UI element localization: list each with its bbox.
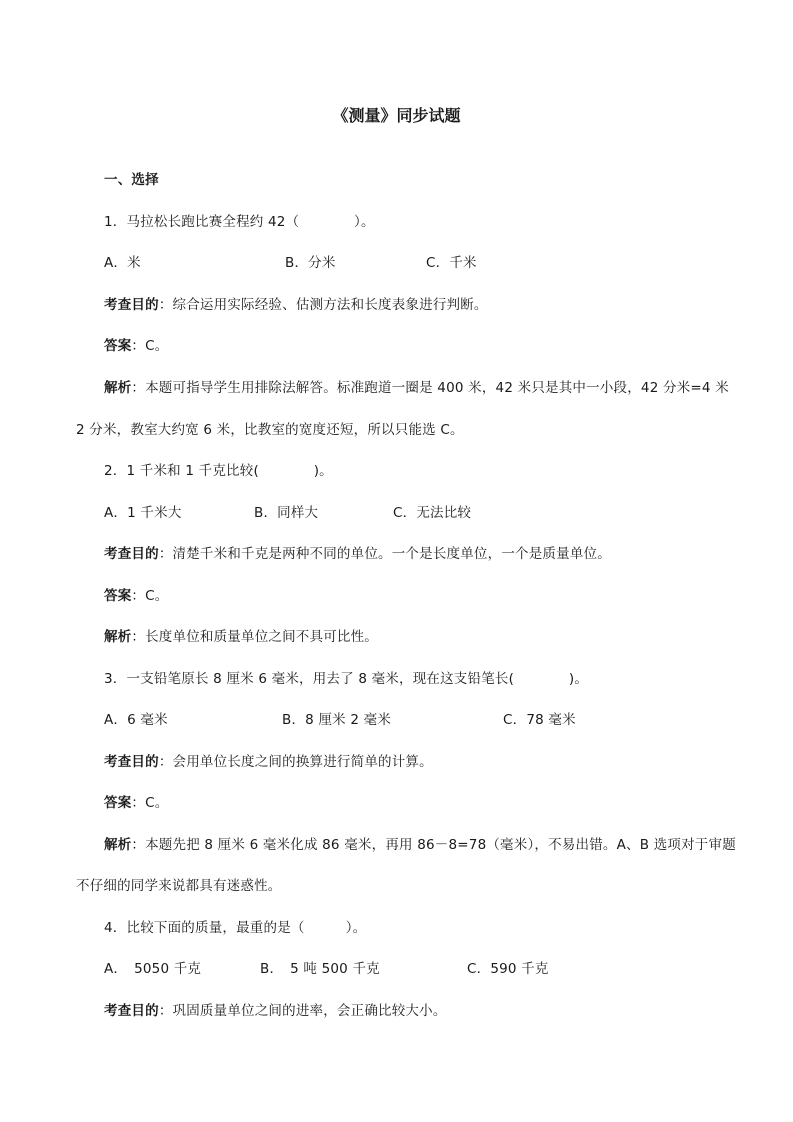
option-b: B．8 厘米 2 毫米 <box>282 711 391 729</box>
analysis-text: 长度单位和质量单位之间不具可比性。 <box>145 629 378 645</box>
purpose-label: 考查目的 <box>104 754 159 770</box>
purpose-label: 考查目的 <box>104 1003 159 1019</box>
question-1-analysis: 解析：本题可指导学生用排除法解答。标准跑道一圈是 400 米，42 米只是其中一… <box>104 379 729 397</box>
purpose-label: 考查目的 <box>104 546 159 562</box>
purpose-text: 清楚千米和千克是两种不同的单位。一个是长度单位，一个是质量单位。 <box>173 546 611 562</box>
question-4-stem: 4．比较下面的质量，最重的是（ ）。 <box>104 919 366 937</box>
question-2-stem: 2．1 千米和 1 千克比较( )。 <box>104 462 333 480</box>
document-title: 《测量》同步试题 <box>0 106 793 126</box>
question-3-analysis-cont: 不仔细的同学来说都具有迷惑性。 <box>76 877 282 895</box>
question-4-purpose: 考查目的：巩固质量单位之间的进率，会正确比较大小。 <box>104 1002 447 1020</box>
option-c: C．590 千克 <box>467 960 549 978</box>
analysis-label: 解析 <box>104 380 131 396</box>
purpose-label: 考查目的 <box>104 297 159 313</box>
answer-label: 答案 <box>104 795 131 811</box>
option-b: B． 5 吨 500 千克 <box>260 960 380 978</box>
question-1-stem: 1．马拉松长跑比赛全程约 42（ ）。 <box>104 213 375 231</box>
section-heading: 一、选择 <box>104 171 159 189</box>
question-3-stem: 3．一支铅笔原长 8 厘米 6 毫米，用去了 8 毫米，现在这支铅笔长( )。 <box>104 670 588 688</box>
option-c: C．无法比较 <box>393 504 471 522</box>
purpose-text: 会用单位长度之间的换算进行简单的计算。 <box>173 754 433 770</box>
question-1-answer: 答案：C。 <box>104 337 168 355</box>
analysis-text: 本题可指导学生用排除法解答。标准跑道一圈是 400 米，42 米只是其中一小段，… <box>145 380 729 396</box>
colon: ： <box>131 795 145 811</box>
colon: ： <box>159 546 173 562</box>
question-1-purpose: 考查目的：综合运用实际经验、估测方法和长度表象进行判断。 <box>104 296 488 314</box>
question-2-purpose: 考查目的：清楚千米和千克是两种不同的单位。一个是长度单位，一个是质量单位。 <box>104 545 611 563</box>
analysis-label: 解析 <box>104 837 131 853</box>
analysis-text: 本题先把 8 厘米 6 毫米化成 86 毫米，再用 86－8=78（毫米），不易… <box>145 837 736 853</box>
purpose-text: 综合运用实际经验、估测方法和长度表象进行判断。 <box>173 297 488 313</box>
colon: ： <box>131 837 145 853</box>
question-3-analysis: 解析：本题先把 8 厘米 6 毫米化成 86 毫米，再用 86－8=78（毫米）… <box>104 836 736 854</box>
answer-label: 答案 <box>104 588 131 604</box>
colon: ： <box>131 338 145 354</box>
colon: ： <box>131 629 145 645</box>
colon: ： <box>159 297 173 313</box>
question-3-purpose: 考查目的：会用单位长度之间的换算进行简单的计算。 <box>104 753 433 771</box>
option-a: A．1 千米大 <box>104 504 182 522</box>
answer-label: 答案 <box>104 338 131 354</box>
colon: ： <box>131 588 145 604</box>
option-a: A． 5050 千克 <box>104 960 201 978</box>
option-c: C．78 毫米 <box>503 711 576 729</box>
option-b: B．分米 <box>285 254 336 272</box>
option-a: A．米 <box>104 254 141 272</box>
answer-text: C。 <box>145 338 168 354</box>
colon: ： <box>159 1003 173 1019</box>
colon: ： <box>131 380 145 396</box>
answer-text: C。 <box>145 588 168 604</box>
option-a: A．6 毫米 <box>104 711 168 729</box>
colon: ： <box>159 754 173 770</box>
question-3-answer: 答案：C。 <box>104 794 168 812</box>
question-1-analysis-cont: 2 分米，教室大约宽 6 米，比教室的宽度还短，所以只能选 C。 <box>76 421 464 439</box>
option-c: C．千米 <box>426 254 477 272</box>
question-2-analysis: 解析：长度单位和质量单位之间不具可比性。 <box>104 628 378 646</box>
answer-text: C。 <box>145 795 168 811</box>
purpose-text: 巩固质量单位之间的进率，会正确比较大小。 <box>173 1003 447 1019</box>
question-2-answer: 答案：C。 <box>104 587 168 605</box>
analysis-label: 解析 <box>104 629 131 645</box>
option-b: B．同样大 <box>254 504 318 522</box>
